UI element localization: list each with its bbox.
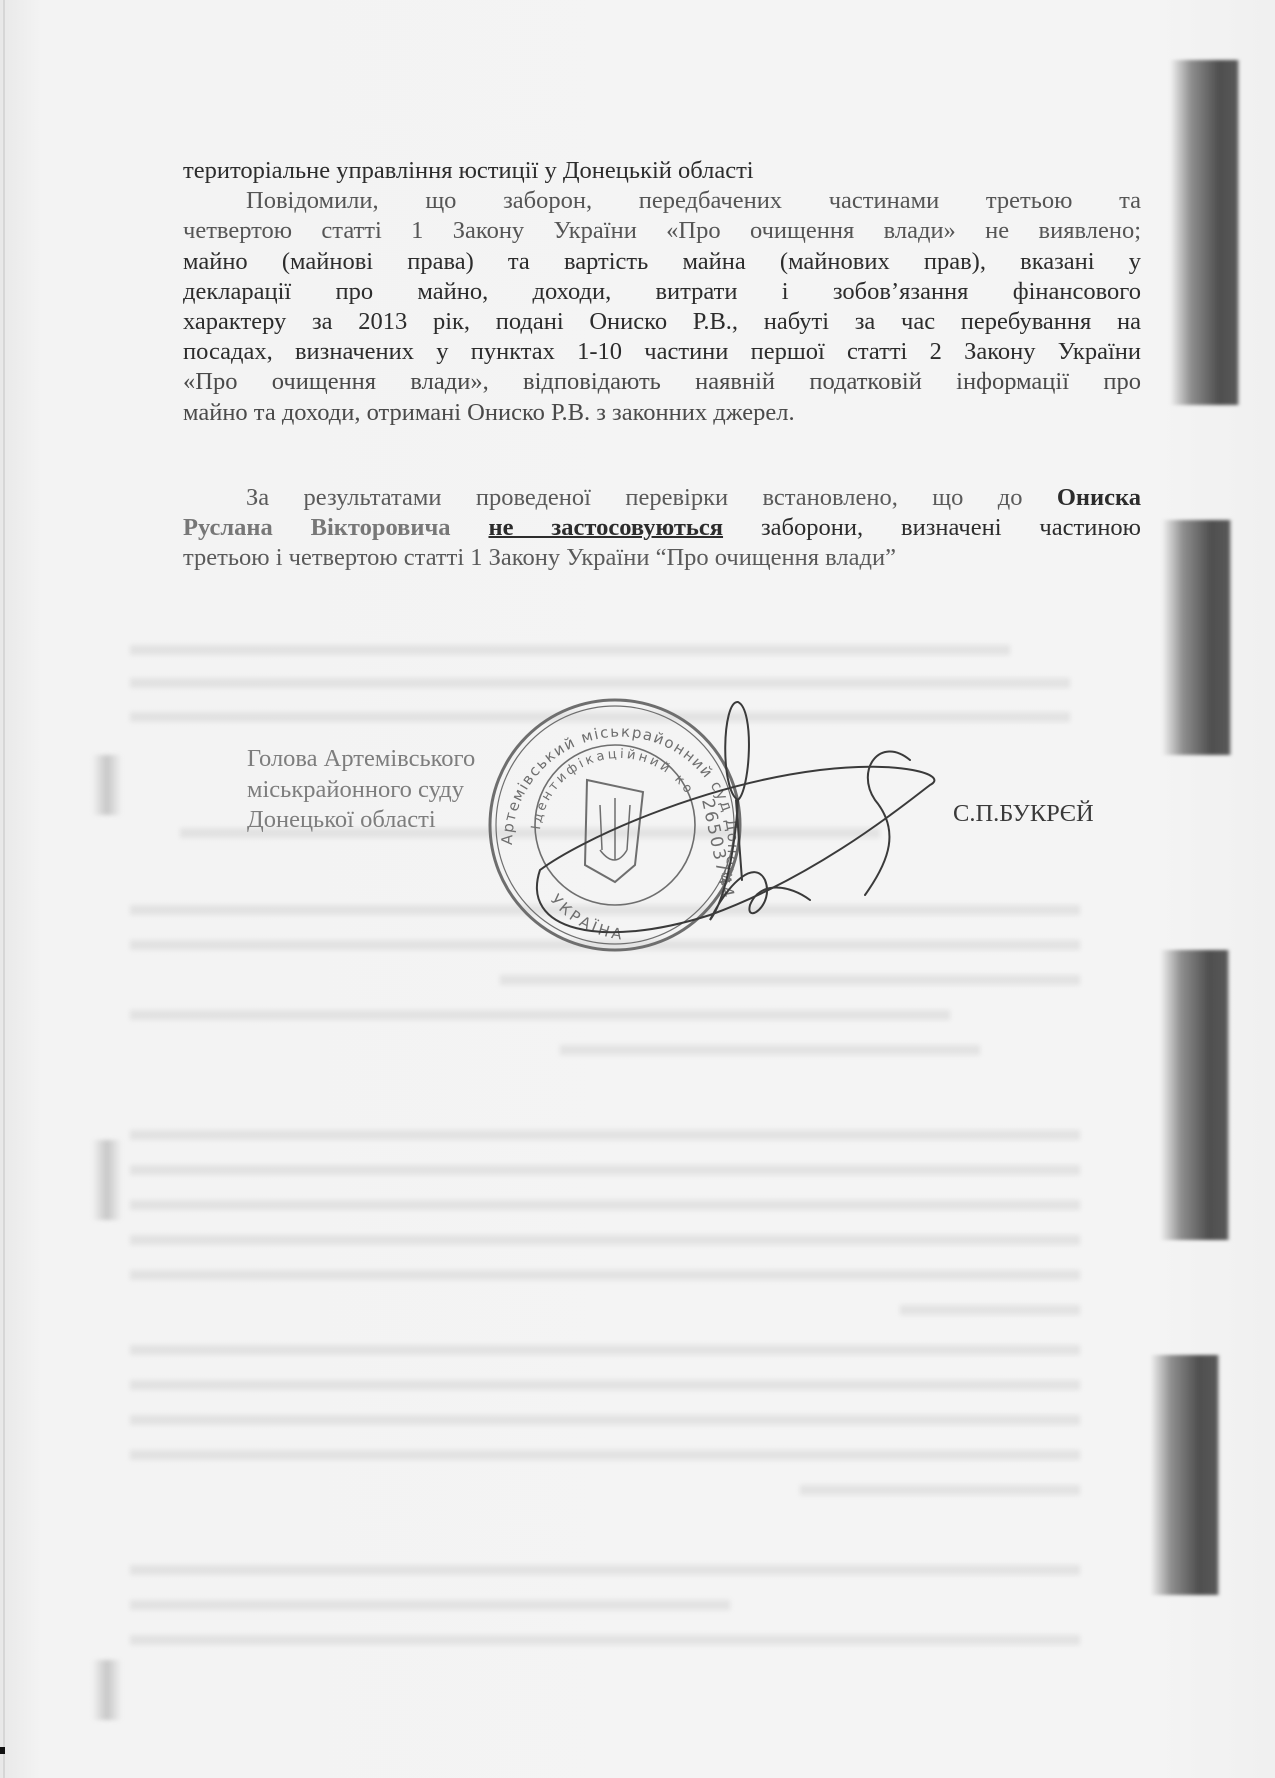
bleed-through-line xyxy=(130,645,1010,655)
bleed-through-line xyxy=(130,1380,1080,1390)
scan-smudge xyxy=(92,1140,122,1220)
trident-coat-of-arms-icon xyxy=(585,780,643,882)
bleed-through-line xyxy=(130,1345,1080,1355)
paragraph-line: характеру за 2013 рік, подані Ониско Р.В… xyxy=(183,307,1141,337)
scanned-page: територіальне управління юстиції у Донец… xyxy=(0,0,1275,1778)
scan-shadow xyxy=(1160,950,1230,1240)
bleed-through-line xyxy=(130,1415,1080,1425)
scan-corner-mark xyxy=(0,1747,5,1754)
person-name: Руслана Вікторовича xyxy=(183,514,451,541)
conclusion-text: заборони, визначені частиною xyxy=(723,514,1141,541)
scan-smudge xyxy=(92,755,122,815)
conclusion-line-3: третьою і четвертою статті 1 Закону Укра… xyxy=(183,543,1141,573)
signature-block: Голова Артемівського міськрайонного суду… xyxy=(247,744,475,836)
court-stamp-and-signature: Артемівський міськрайонний суд Донецької… xyxy=(480,680,1140,970)
paragraph-line: «Про очищення влади», відповідають наявн… xyxy=(183,367,1141,397)
conclusion-line-2: Руслана Вікторовича не застосовуються за… xyxy=(183,513,1141,543)
bleed-through-line xyxy=(560,1045,980,1055)
paragraph-line: майно та доходи, отримані Ониско Р.В. з … xyxy=(183,398,1141,428)
spacer xyxy=(451,514,489,541)
paragraph-line: посадах, визначених у пунктах 1-10 части… xyxy=(183,337,1141,367)
header-line: територіальне управління юстиції у Донец… xyxy=(183,156,1141,186)
conclusion-paragraph: За результатами проведеної перевірки вст… xyxy=(183,483,1141,574)
paragraph-line: декларації про майно, доходи, витрати і … xyxy=(183,277,1141,307)
bleed-through-line xyxy=(900,1305,1080,1315)
bleed-through-line xyxy=(130,1165,1080,1175)
scan-smudge xyxy=(92,1660,122,1720)
position-line: міськрайонного суду xyxy=(247,775,475,806)
person-surname: Ониска xyxy=(1057,484,1141,511)
bleed-through-line xyxy=(130,1130,1080,1140)
scan-shadow xyxy=(1170,60,1240,405)
bleed-through-line xyxy=(130,1235,1080,1245)
paragraph-line: Повідомили, що заборон, передбачених час… xyxy=(183,186,1141,216)
bleed-through-line xyxy=(130,1635,1080,1645)
document-body: територіальне управління юстиції у Донец… xyxy=(183,156,1141,428)
bleed-through-line xyxy=(130,1565,1080,1575)
bleed-through-line xyxy=(130,1200,1080,1210)
bleed-through-line xyxy=(500,975,1080,985)
bleed-through-line xyxy=(800,1485,1080,1495)
verdict-text: не застосовуються xyxy=(488,514,723,541)
conclusion-text: За результатами проведеної перевірки вст… xyxy=(246,484,1057,511)
position-line: Голова Артемівського xyxy=(247,744,475,775)
paragraph-line: майно (майнові права) та вартість майна … xyxy=(183,247,1141,277)
conclusion-line-1: За результатами проведеної перевірки вст… xyxy=(183,483,1141,513)
paragraph-line: четвертою статті 1 Закону України «Про о… xyxy=(183,216,1141,246)
position-line: Донецької області xyxy=(247,805,475,836)
bleed-through-line xyxy=(130,1600,730,1610)
scan-shadow xyxy=(1162,520,1232,755)
scan-edge-line xyxy=(3,0,5,1778)
bleed-through-line xyxy=(130,1270,1080,1280)
scan-shadow xyxy=(1150,1355,1220,1595)
bleed-through-line xyxy=(130,1010,950,1020)
bleed-through-line xyxy=(130,1450,1080,1460)
